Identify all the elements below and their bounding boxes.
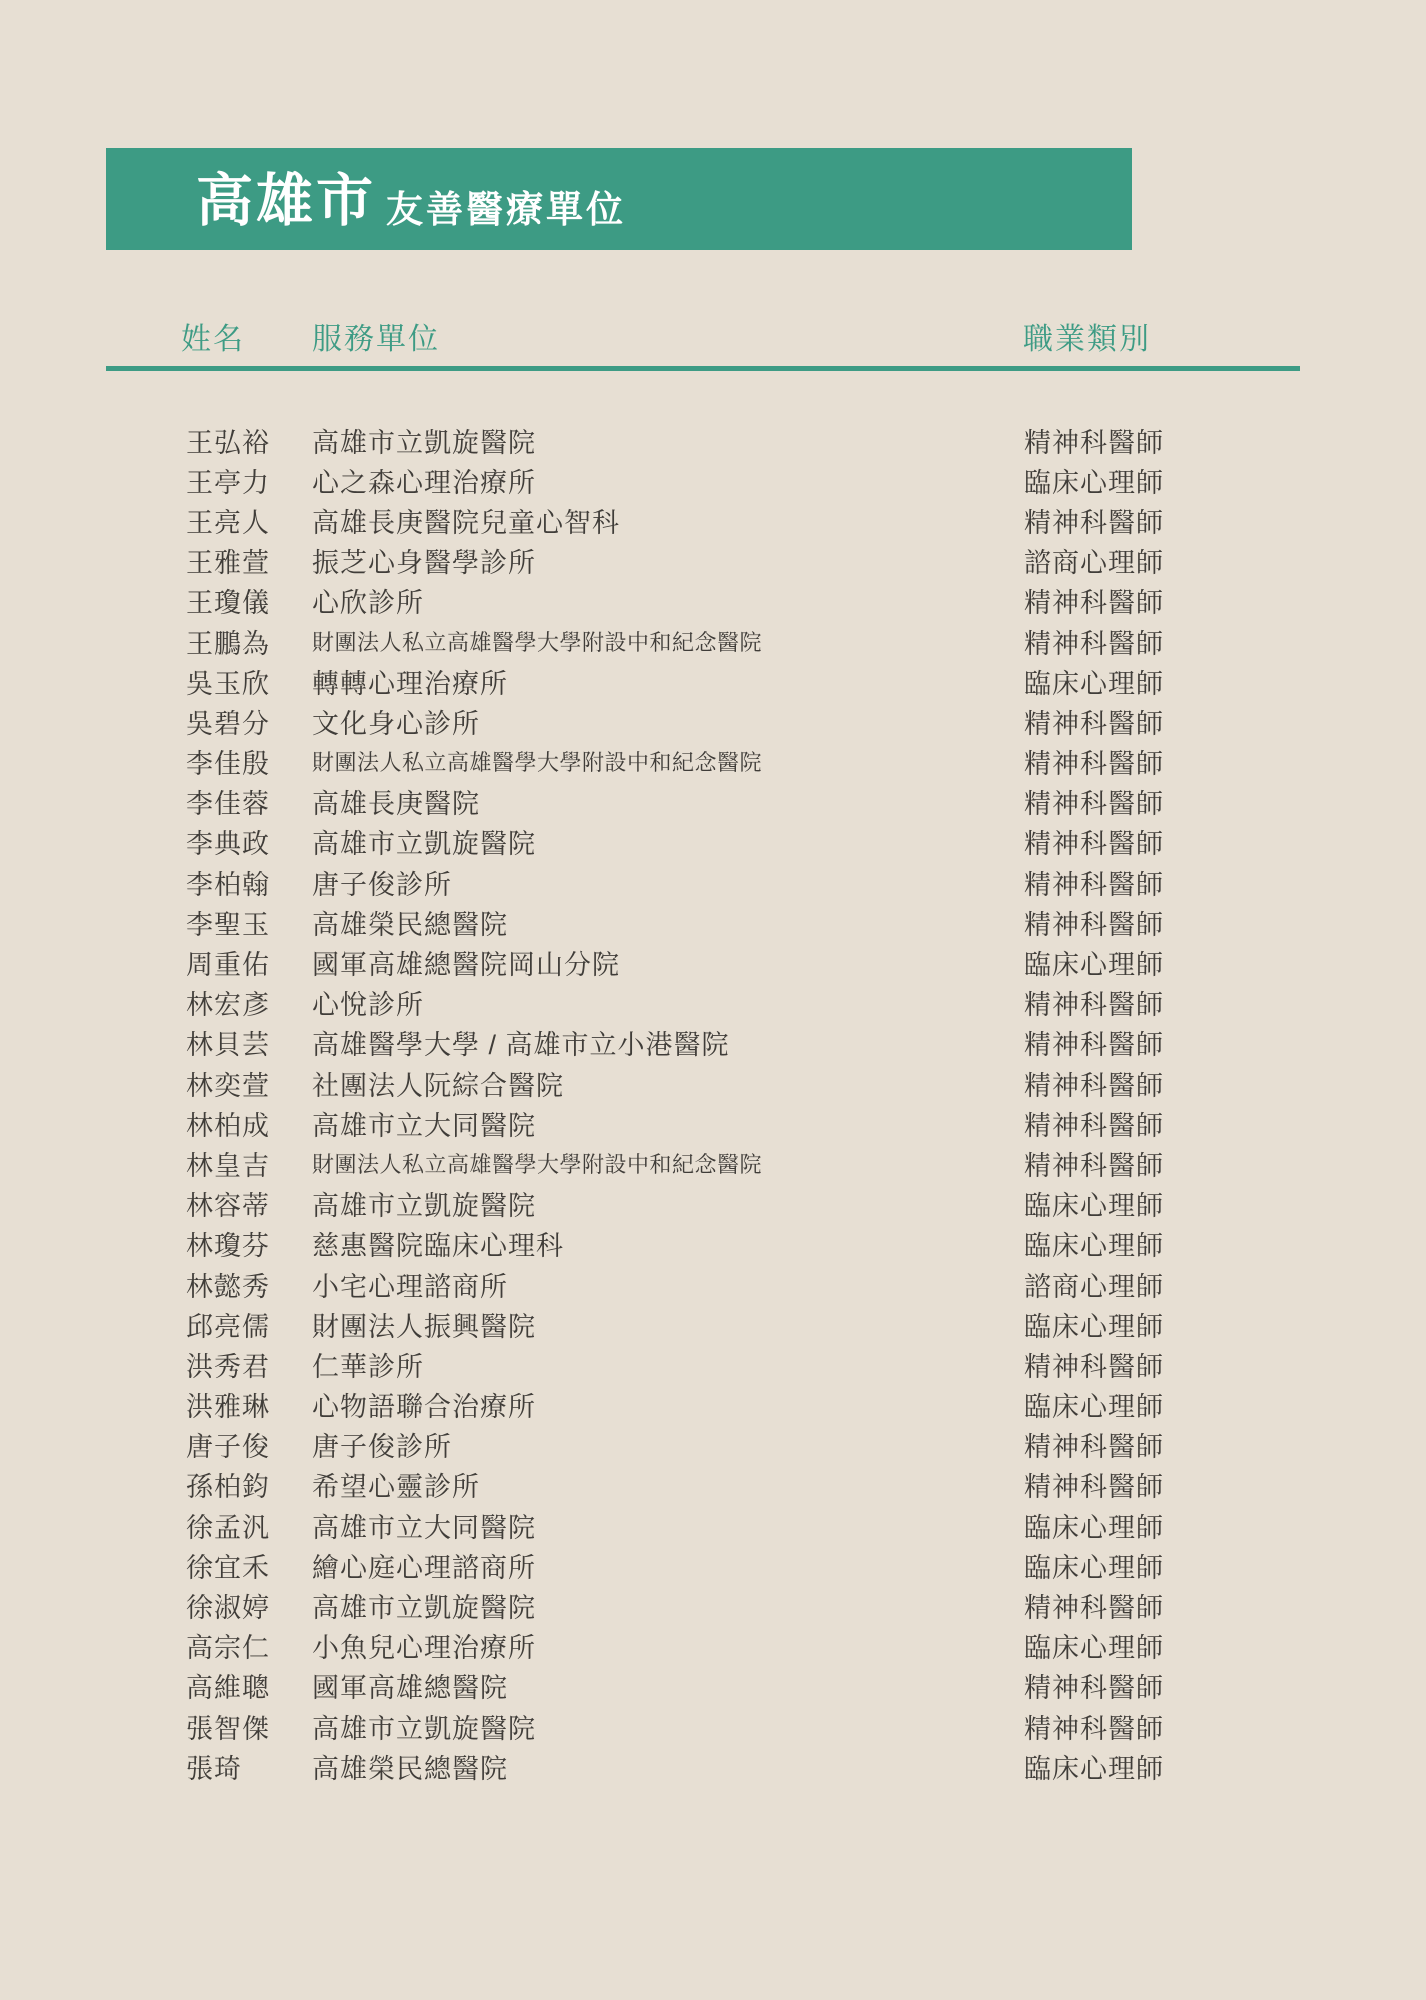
category-cell: 臨床心理師 xyxy=(1024,1546,1164,1585)
category-cell: 精神科醫師 xyxy=(1024,421,1164,460)
table-body: 王弘裕 高雄市立凱旋醫院 精神科醫師 王亭力 心之森心理治療所 臨床心理師 王亮… xyxy=(186,420,1366,1786)
category-cell: 臨床心理師 xyxy=(1024,1305,1164,1344)
unit-cell: 仁華診所 xyxy=(312,1345,1024,1384)
category-cell: 精神科醫師 xyxy=(1024,863,1164,902)
name-cell: 徐淑婷 xyxy=(186,1586,312,1625)
table-row: 周重佑 國軍高雄總醫院岡山分院 臨床心理師 xyxy=(186,942,1366,982)
unit-cell: 財團法人私立高雄醫學大學附設中和紀念醫院 xyxy=(312,746,1024,777)
category-cell: 臨床心理師 xyxy=(1024,1184,1164,1223)
category-cell: 臨床心理師 xyxy=(1024,1385,1164,1424)
category-cell: 臨床心理師 xyxy=(1024,662,1164,701)
table-row: 李典政 高雄市立凱旋醫院 精神科醫師 xyxy=(186,822,1366,862)
name-cell: 高宗仁 xyxy=(186,1626,312,1665)
name-cell: 李柏翰 xyxy=(186,863,312,902)
header-banner: 高雄市 友善醫療單位 xyxy=(106,148,1132,250)
header-divider xyxy=(106,366,1300,371)
name-cell: 林貝芸 xyxy=(186,1023,312,1062)
category-cell: 精神科醫師 xyxy=(1024,903,1164,942)
banner-subtitle: 友善醫療單位 xyxy=(386,191,626,230)
name-cell: 林皇吉 xyxy=(186,1144,312,1183)
name-cell: 王雅萱 xyxy=(186,541,312,580)
unit-cell: 振芝心身醫學診所 xyxy=(312,541,1024,580)
category-cell: 諮商心理師 xyxy=(1024,541,1164,580)
category-cell: 精神科醫師 xyxy=(1024,1104,1164,1143)
unit-cell: 高雄市立凱旋醫院 xyxy=(312,421,1024,460)
unit-cell: 高雄長庚醫院兒童心智科 xyxy=(312,501,1024,540)
category-cell: 諮商心理師 xyxy=(1024,1265,1164,1304)
table-row: 王亮人 高雄長庚醫院兒童心智科 精神科醫師 xyxy=(186,500,1366,540)
table-row: 李佳殷 財團法人私立高雄醫學大學附設中和紀念醫院 精神科醫師 xyxy=(186,742,1366,782)
category-cell: 臨床心理師 xyxy=(1024,1506,1164,1545)
name-cell: 林懿秀 xyxy=(186,1265,312,1304)
table-row: 洪秀君 仁華診所 精神科醫師 xyxy=(186,1344,1366,1384)
unit-cell: 心物語聯合治療所 xyxy=(312,1385,1024,1424)
name-cell: 張琦 xyxy=(186,1747,312,1786)
table-row: 徐孟汎 高雄市立大同醫院 臨床心理師 xyxy=(186,1505,1366,1545)
table-row: 吳玉欣 轉轉心理治療所 臨床心理師 xyxy=(186,661,1366,701)
banner-title: 高雄市 xyxy=(196,173,376,230)
unit-cell: 文化身心診所 xyxy=(312,702,1024,741)
table-row: 林柏成 高雄市立大同醫院 精神科醫師 xyxy=(186,1103,1366,1143)
name-cell: 王瓊儀 xyxy=(186,581,312,620)
table-row: 王弘裕 高雄市立凱旋醫院 精神科醫師 xyxy=(186,420,1366,460)
name-cell: 吳玉欣 xyxy=(186,662,312,701)
unit-cell: 高雄市立凱旋醫院 xyxy=(312,1586,1024,1625)
name-cell: 徐宜禾 xyxy=(186,1546,312,1585)
table-row: 李柏翰 唐子俊診所 精神科醫師 xyxy=(186,862,1366,902)
table-row: 唐子俊 唐子俊診所 精神科醫師 xyxy=(186,1425,1366,1465)
unit-cell: 小宅心理諮商所 xyxy=(312,1265,1024,1304)
unit-cell: 高雄長庚醫院 xyxy=(312,782,1024,821)
category-cell: 精神科醫師 xyxy=(1024,742,1164,781)
unit-cell: 唐子俊診所 xyxy=(312,1425,1024,1464)
table-row: 張琦 高雄榮民總醫院 臨床心理師 xyxy=(186,1746,1366,1786)
category-cell: 臨床心理師 xyxy=(1024,1224,1164,1263)
category-cell: 精神科醫師 xyxy=(1024,581,1164,620)
category-cell: 精神科醫師 xyxy=(1024,622,1164,661)
column-headers: 姓名 服務單位 職業類別 xyxy=(0,314,1426,354)
unit-cell: 財團法人私立高雄醫學大學附設中和紀念醫院 xyxy=(312,1148,1024,1179)
unit-cell: 高雄市立凱旋醫院 xyxy=(312,822,1024,861)
table-row: 林容蒂 高雄市立凱旋醫院 臨床心理師 xyxy=(186,1184,1366,1224)
table-row: 張智傑 高雄市立凱旋醫院 精神科醫師 xyxy=(186,1706,1366,1746)
table-row: 孫柏鈞 希望心靈診所 精神科醫師 xyxy=(186,1465,1366,1505)
unit-cell: 財團法人私立高雄醫學大學附設中和紀念醫院 xyxy=(312,626,1024,657)
category-cell: 精神科醫師 xyxy=(1024,1144,1164,1183)
column-header-name: 姓名 xyxy=(181,314,245,358)
table-row: 林懿秀 小宅心理諮商所 諮商心理師 xyxy=(186,1264,1366,1304)
table-row: 林宏彥 心悅診所 精神科醫師 xyxy=(186,983,1366,1023)
table-row: 王鵬為 財團法人私立高雄醫學大學附設中和紀念醫院 精神科醫師 xyxy=(186,621,1366,661)
unit-cell: 高雄醫學大學 / 高雄市立小港醫院 xyxy=(312,1023,1024,1062)
category-cell: 精神科醫師 xyxy=(1024,1064,1164,1103)
unit-cell: 財團法人振興醫院 xyxy=(312,1305,1024,1344)
category-cell: 精神科醫師 xyxy=(1024,1666,1164,1705)
table-row: 林奕萱 社團法人阮綜合醫院 精神科醫師 xyxy=(186,1063,1366,1103)
name-cell: 李佳殷 xyxy=(186,742,312,781)
unit-cell: 繪心庭心理諮商所 xyxy=(312,1546,1024,1585)
category-cell: 精神科醫師 xyxy=(1024,1425,1164,1464)
category-cell: 精神科醫師 xyxy=(1024,983,1164,1022)
category-cell: 精神科醫師 xyxy=(1024,1345,1164,1384)
category-cell: 精神科醫師 xyxy=(1024,1586,1164,1625)
name-cell: 王鵬為 xyxy=(186,622,312,661)
table-row: 高維聰 國軍高雄總醫院 精神科醫師 xyxy=(186,1666,1366,1706)
name-cell: 高維聰 xyxy=(186,1666,312,1705)
category-cell: 精神科醫師 xyxy=(1024,1707,1164,1746)
page: { "colors": { "accent": "#3d9b84", "back… xyxy=(0,0,1426,2000)
category-cell: 精神科醫師 xyxy=(1024,501,1164,540)
unit-cell: 轉轉心理治療所 xyxy=(312,662,1024,701)
column-header-category: 職業類別 xyxy=(1023,314,1151,358)
unit-cell: 高雄市立凱旋醫院 xyxy=(312,1184,1024,1223)
table-row: 王亭力 心之森心理治療所 臨床心理師 xyxy=(186,460,1366,500)
table-row: 徐宜禾 繪心庭心理諮商所 臨床心理師 xyxy=(186,1545,1366,1585)
unit-cell: 國軍高雄總醫院 xyxy=(312,1666,1024,1705)
unit-cell: 高雄榮民總醫院 xyxy=(312,1747,1024,1786)
unit-cell: 心之森心理治療所 xyxy=(312,461,1024,500)
name-cell: 孫柏鈞 xyxy=(186,1465,312,1504)
table-row: 洪雅琳 心物語聯合治療所 臨床心理師 xyxy=(186,1385,1366,1425)
unit-cell: 高雄市立凱旋醫院 xyxy=(312,1707,1024,1746)
name-cell: 李聖玉 xyxy=(186,903,312,942)
unit-cell: 高雄榮民總醫院 xyxy=(312,903,1024,942)
unit-cell: 高雄市立大同醫院 xyxy=(312,1104,1024,1143)
name-cell: 王亭力 xyxy=(186,461,312,500)
unit-cell: 唐子俊診所 xyxy=(312,863,1024,902)
name-cell: 唐子俊 xyxy=(186,1425,312,1464)
name-cell: 王亮人 xyxy=(186,501,312,540)
name-cell: 徐孟汎 xyxy=(186,1506,312,1545)
table-row: 徐淑婷 高雄市立凱旋醫院 精神科醫師 xyxy=(186,1585,1366,1625)
table-row: 李聖玉 高雄榮民總醫院 精神科醫師 xyxy=(186,902,1366,942)
category-cell: 精神科醫師 xyxy=(1024,782,1164,821)
table-row: 林瓊芬 慈惠醫院臨床心理科 臨床心理師 xyxy=(186,1224,1366,1264)
name-cell: 洪雅琳 xyxy=(186,1385,312,1424)
name-cell: 林宏彥 xyxy=(186,983,312,1022)
category-cell: 臨床心理師 xyxy=(1024,943,1164,982)
unit-cell: 國軍高雄總醫院岡山分院 xyxy=(312,943,1024,982)
table-row: 高宗仁 小魚兒心理治療所 臨床心理師 xyxy=(186,1626,1366,1666)
name-cell: 邱亮儒 xyxy=(186,1305,312,1344)
name-cell: 林柏成 xyxy=(186,1104,312,1143)
category-cell: 臨床心理師 xyxy=(1024,461,1164,500)
category-cell: 精神科醫師 xyxy=(1024,1023,1164,1062)
unit-cell: 高雄市立大同醫院 xyxy=(312,1506,1024,1545)
name-cell: 李佳蓉 xyxy=(186,782,312,821)
table-row: 林貝芸 高雄醫學大學 / 高雄市立小港醫院 精神科醫師 xyxy=(186,1023,1366,1063)
name-cell: 張智傑 xyxy=(186,1707,312,1746)
name-cell: 洪秀君 xyxy=(186,1345,312,1384)
category-cell: 精神科醫師 xyxy=(1024,702,1164,741)
name-cell: 周重佑 xyxy=(186,943,312,982)
name-cell: 林容蒂 xyxy=(186,1184,312,1223)
name-cell: 王弘裕 xyxy=(186,421,312,460)
category-cell: 臨床心理師 xyxy=(1024,1747,1164,1786)
table-row: 王雅萱 振芝心身醫學診所 諮商心理師 xyxy=(186,541,1366,581)
unit-cell: 心悅診所 xyxy=(312,983,1024,1022)
column-header-unit: 服務單位 xyxy=(312,314,440,358)
name-cell: 林奕萱 xyxy=(186,1064,312,1103)
table-row: 林皇吉 財團法人私立高雄醫學大學附設中和紀念醫院 精神科醫師 xyxy=(186,1143,1366,1183)
name-cell: 吳碧分 xyxy=(186,702,312,741)
category-cell: 精神科醫師 xyxy=(1024,1465,1164,1504)
unit-cell: 希望心靈診所 xyxy=(312,1465,1024,1504)
unit-cell: 小魚兒心理治療所 xyxy=(312,1626,1024,1665)
table-row: 王瓊儀 心欣診所 精神科醫師 xyxy=(186,581,1366,621)
unit-cell: 社團法人阮綜合醫院 xyxy=(312,1064,1024,1103)
table-row: 李佳蓉 高雄長庚醫院 精神科醫師 xyxy=(186,782,1366,822)
name-cell: 林瓊芬 xyxy=(186,1224,312,1263)
table-row: 吳碧分 文化身心診所 精神科醫師 xyxy=(186,701,1366,741)
name-cell: 李典政 xyxy=(186,822,312,861)
unit-cell: 慈惠醫院臨床心理科 xyxy=(312,1224,1024,1263)
category-cell: 臨床心理師 xyxy=(1024,1626,1164,1665)
table-row: 邱亮儒 財團法人振興醫院 臨床心理師 xyxy=(186,1304,1366,1344)
unit-cell: 心欣診所 xyxy=(312,581,1024,620)
category-cell: 精神科醫師 xyxy=(1024,822,1164,861)
